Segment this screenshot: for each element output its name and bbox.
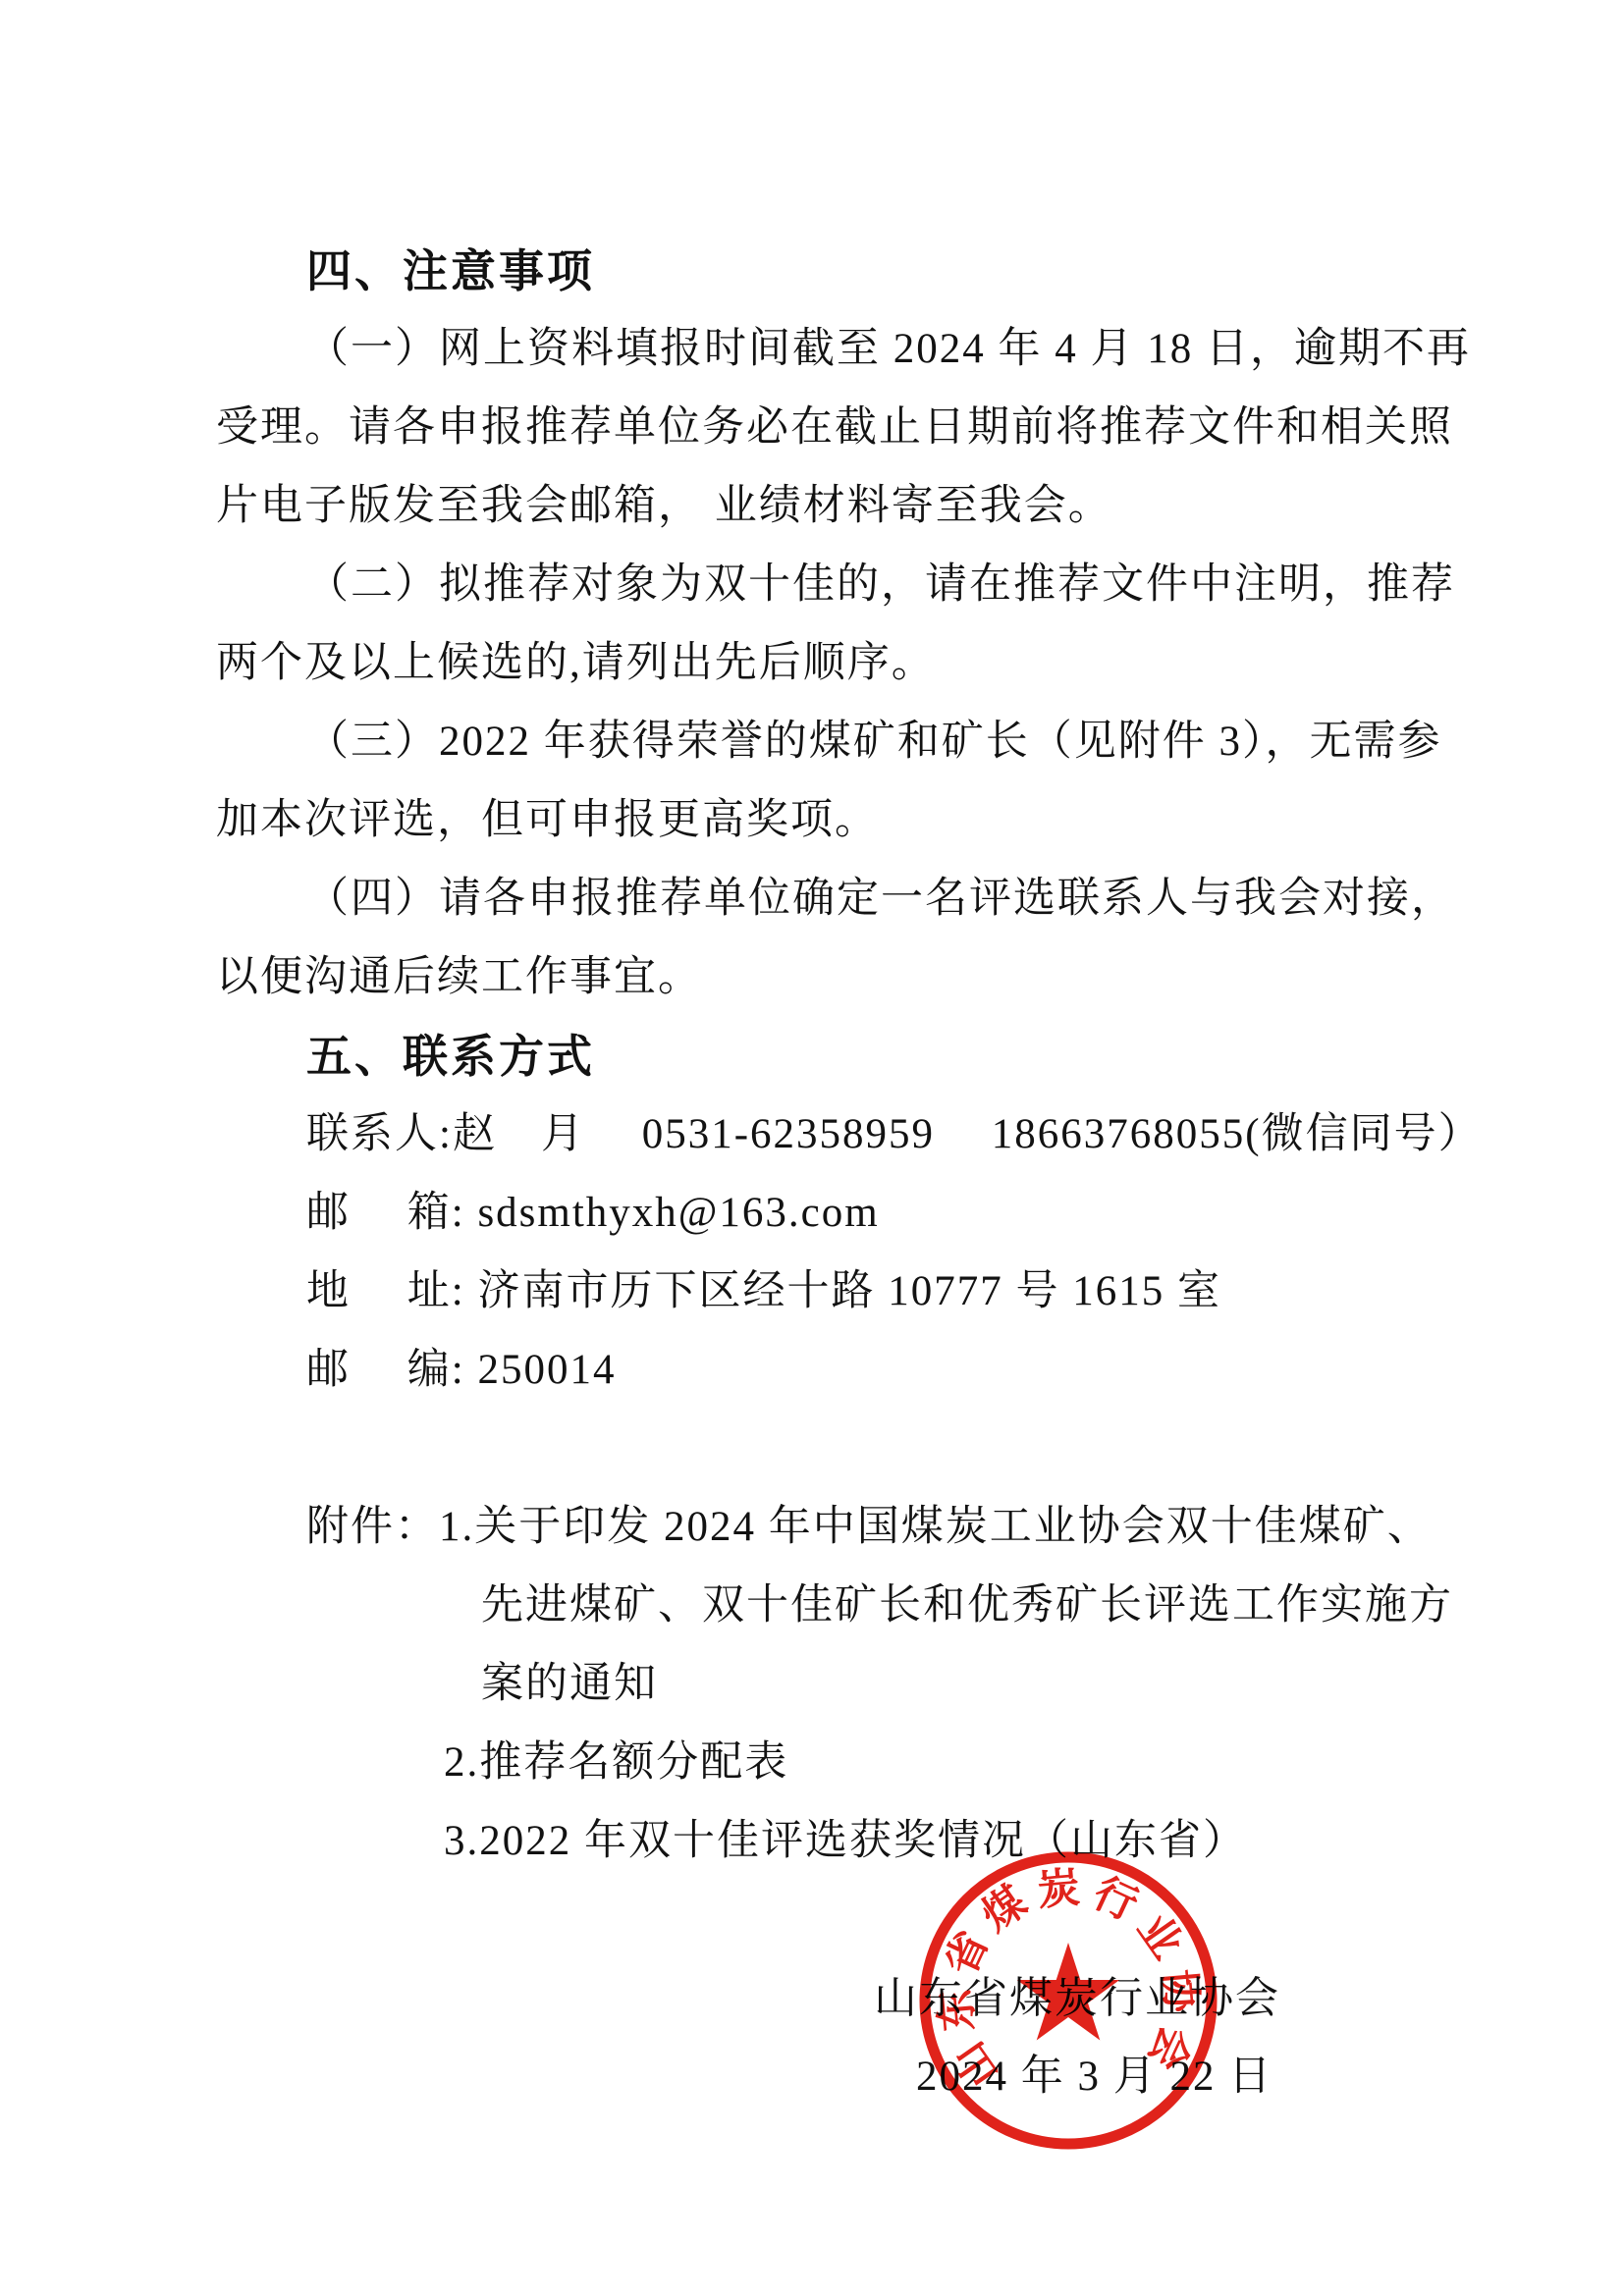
attachment-item-1-cont: 先进煤矿、双十佳矿长和优秀矿长评选工作实施方 — [481, 1567, 1453, 1645]
contact-postal-line: 邮 编: 250014 — [306, 1331, 616, 1410]
section-heading-contact: 五、联系方式 — [306, 1017, 595, 1095]
contact-address-line: 地 址: 济南市历下区经十路 10777 号 1615 室 — [306, 1253, 1221, 1331]
contact-email-line: 邮 箱: sdsmthyxh@163.com — [306, 1174, 880, 1253]
doc-line: （二）拟推荐对象为双十佳的，请在推荐文件中注明，推荐 — [306, 546, 1455, 624]
doc-line: 加本次评选，但可申报更高奖项。 — [216, 781, 879, 860]
attachment-item-2: 2.推荐名额分配表 — [444, 1724, 788, 1802]
doc-line: （三）2022 年获得荣誉的煤矿和矿长（见附件 3），无需参 — [306, 703, 1442, 781]
seal-ring-char: 炭 — [1036, 1864, 1082, 1915]
seal-ring-char: 协 — [1154, 1968, 1205, 2016]
attachment-item-1: 附件：1.关于印发 2024 年中国煤炭工业协会双十佳煤矿、 — [306, 1488, 1432, 1567]
section-heading-notes: 四、注意事项 — [306, 232, 595, 310]
official-seal: 山东省煤炭行业协会 — [901, 1834, 1235, 2167]
star-icon — [1017, 1943, 1120, 2041]
doc-line: 受理。请各申报推荐单位务必在截止日期前将推荐文件和相关照 — [216, 389, 1453, 467]
attachment-item-1-cont: 案的通知 — [481, 1645, 658, 1724]
contact-person-line: 联系人:赵 月 0531-62358959 18663768055(微信同号） — [306, 1095, 1483, 1174]
doc-line: 两个及以上候选的,请列出先后顺序。 — [216, 624, 936, 703]
doc-line: 片电子版发至我会邮箱， 业绩材料寄至我会。 — [216, 467, 1112, 546]
doc-line: 以便沟通后续工作事宜。 — [216, 938, 702, 1017]
document-page: 四、注意事项 （一）网上资料填报时间截至 2024 年 4 月 18 日，逾期不… — [0, 0, 1624, 2296]
doc-line: （一）网上资料填报时间截至 2024 年 4 月 18 日，逾期不再 — [306, 310, 1471, 389]
seal-ring-char: 东 — [932, 1987, 983, 2033]
doc-line: （四）请各申报推荐单位确定一名评选联系人与我会对接， — [306, 860, 1455, 938]
